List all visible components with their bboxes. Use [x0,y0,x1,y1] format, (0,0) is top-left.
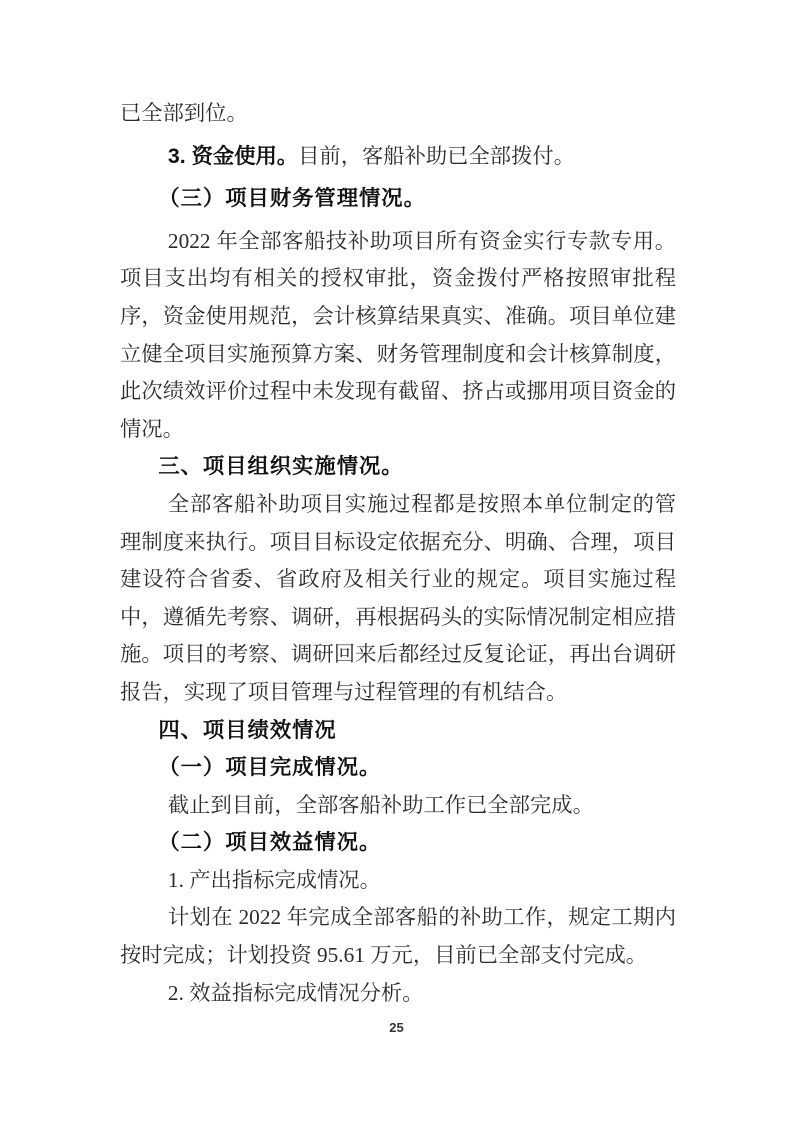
paragraph-output-indicators: 1. 产出指标完成情况。 [120,862,676,900]
section-heading-project-completion: （一）项目完成情况。 [120,749,676,787]
paragraph-continuation: 已全部到位。 [120,95,676,133]
numbered-item-lead: 3. 资金使用。 [168,144,298,168]
paragraph-project-completion: 截止到目前，全部客船补助工作已全部完成。 [120,787,676,825]
paragraph-benefit-indicators: 2. 效益指标完成情况分析。 [120,975,676,1013]
section-heading-project-performance: 四、项目绩效情况 [120,712,676,750]
paragraph-plan-investment: 计划在 2022 年完成全部客船的补助工作，规定工期内按时完成；计划投资 95.… [120,899,676,974]
document-body: 已全部到位。 3. 资金使用。目前，客船补助已全部拨付。 （三）项目财务管理情况… [120,95,676,1012]
paragraph-organization-implementation: 全部客船补助项目实施过程都是按照本单位制定的管理制度来执行。项目目标设定依据充分… [120,486,676,712]
numbered-item-funds-usage: 3. 资金使用。目前，客船补助已全部拨付。 [120,138,676,176]
section-heading-financial-management: （三）项目财务管理情况。 [120,180,676,218]
section-heading-project-benefits: （二）项目效益情况。 [120,824,676,862]
numbered-item-text: 目前，客船补助已全部拨付。 [298,144,575,168]
document-page: 已全部到位。 3. 资金使用。目前，客船补助已全部拨付。 （三）项目财务管理情况… [0,0,793,1122]
paragraph-financial-management: 2022 年全部客船技补助项目所有资金实行专款专用。项目支出均有相关的授权审批，… [120,223,676,449]
page-number: 25 [0,1020,793,1035]
section-heading-organization-implementation: 三、项目组织实施情况。 [120,448,676,486]
